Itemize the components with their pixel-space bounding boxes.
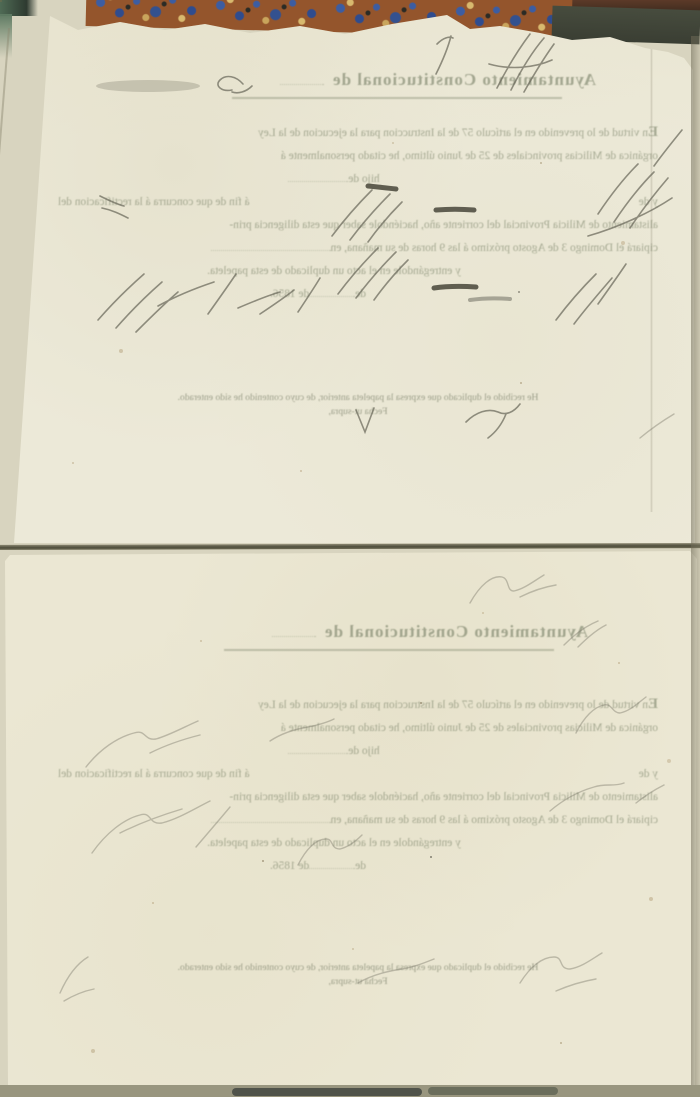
doc-title: Ayuntamiento Constitucional de <box>332 70 596 89</box>
body-line-text: n virtud de lo prevenido en el artículo … <box>258 127 648 139</box>
bottom-sheet: Ayuntamiento Constitucional de En virtud… <box>0 551 700 1097</box>
body-line: En virtud de lo prevenido en el artículo… <box>58 693 658 717</box>
date-prefix: de <box>355 860 366 872</box>
body-line-text: hijo de <box>348 745 379 757</box>
mirrored-form-top: Ayuntamiento Constitucional de En virtud… <box>0 0 700 547</box>
receipt-block: He recibido el duplicado que expresa la … <box>58 962 658 988</box>
body-line-text: cipiará el Domingo 3 de Agosto próximo á… <box>331 814 658 826</box>
mirrored-form-bottom: Ayuntamiento Constitucional de En virtud… <box>0 551 700 1097</box>
body-line: En virtud de lo prevenido en el artículo… <box>58 121 658 145</box>
drop-initial: E <box>648 124 658 140</box>
page-seam-line <box>0 543 700 550</box>
body-line: cipiará el Domingo 3 de Agosto próximo á… <box>58 809 658 832</box>
underlying-page-edge <box>0 28 10 539</box>
blank-field <box>288 753 348 754</box>
date-blank-field <box>309 296 355 297</box>
receipt-line: He recibido el duplicado que expresa la … <box>58 962 658 974</box>
date-prefix: de <box>355 288 366 300</box>
book-board-dark-strip <box>552 6 700 45</box>
body-line: y entregándole en el acto un duplicado d… <box>58 260 658 283</box>
doc-title-line: Ayuntamiento Constitucional de <box>58 70 596 90</box>
bottom-edge-shadow-blob <box>232 1088 422 1096</box>
title-blank-field <box>280 84 324 85</box>
body-line: orgánica de Milicias provinciales de 25 … <box>58 717 658 740</box>
body-line-text: cipiará el Domingo 3 de Agosto próximo á… <box>331 242 658 254</box>
body-line-hijo-de: hijo de <box>58 740 658 763</box>
doc-title: Ayuntamiento Constitucional de <box>324 622 588 641</box>
body-line-hijo-de: hijo de <box>58 168 658 191</box>
body-line: alistamiento de Milicia Provincial del c… <box>58 214 658 237</box>
receipt-line: Fecha ut-supra, <box>58 976 658 988</box>
date-year: de 1856. <box>270 860 309 872</box>
book-scan-photo: Ayuntamiento Constitucional de En virtud… <box>0 0 700 1097</box>
blank-field <box>288 181 348 182</box>
body-line: alistamiento de Milicia Provincial del c… <box>58 786 658 809</box>
date-line: dede 1856. <box>58 283 366 306</box>
body-line-text: á fin de que concurra á la rectificacion… <box>58 763 250 786</box>
doc-title-line: Ayuntamiento Constitucional de <box>58 622 588 642</box>
body-line: y entregándole en el acto un duplicado d… <box>58 832 658 855</box>
date-year: de 1856. <box>270 288 309 300</box>
receipt-line: He recibido el duplicado que expresa la … <box>58 392 658 404</box>
blank-field <box>211 822 331 823</box>
body-line: cipiará el Domingo 3 de Agosto próximo á… <box>58 237 658 260</box>
body-line: orgánica de Milicias provinciales de 25 … <box>58 145 658 168</box>
form-body: En virtud de lo prevenido en el artículo… <box>58 693 658 855</box>
title-blank-field <box>272 636 316 637</box>
body-line-text: hijo de <box>348 173 379 185</box>
date-blank-field <box>309 868 355 869</box>
body-line-text: y de <box>639 763 658 786</box>
bottom-edge-shadow-blob <box>428 1087 558 1095</box>
body-line: y deá fin de que concurra á la rectifica… <box>58 763 658 786</box>
body-line-text: n virtud de lo prevenido en el artículo … <box>258 699 648 711</box>
title-underline <box>232 97 562 99</box>
title-underline <box>224 649 554 651</box>
top-sheet: Ayuntamiento Constitucional de En virtud… <box>0 0 700 547</box>
page-edge-shadow <box>691 36 700 1085</box>
receipt-block: He recibido el duplicado que expresa la … <box>58 392 658 418</box>
drop-initial: E <box>648 696 658 712</box>
body-line-text: y de <box>639 191 658 214</box>
body-line: y deá fin de que concurra á la rectifica… <box>58 191 658 214</box>
foxing-spots <box>0 0 2 2</box>
form-body: En virtud de lo prevenido en el artículo… <box>58 121 658 283</box>
body-line-text: á fin de que concurra á la rectificacion… <box>58 191 250 214</box>
blank-field <box>211 250 331 251</box>
receipt-line: Fecha ut-supra, <box>58 406 658 418</box>
date-line: dede 1856. <box>58 855 366 878</box>
